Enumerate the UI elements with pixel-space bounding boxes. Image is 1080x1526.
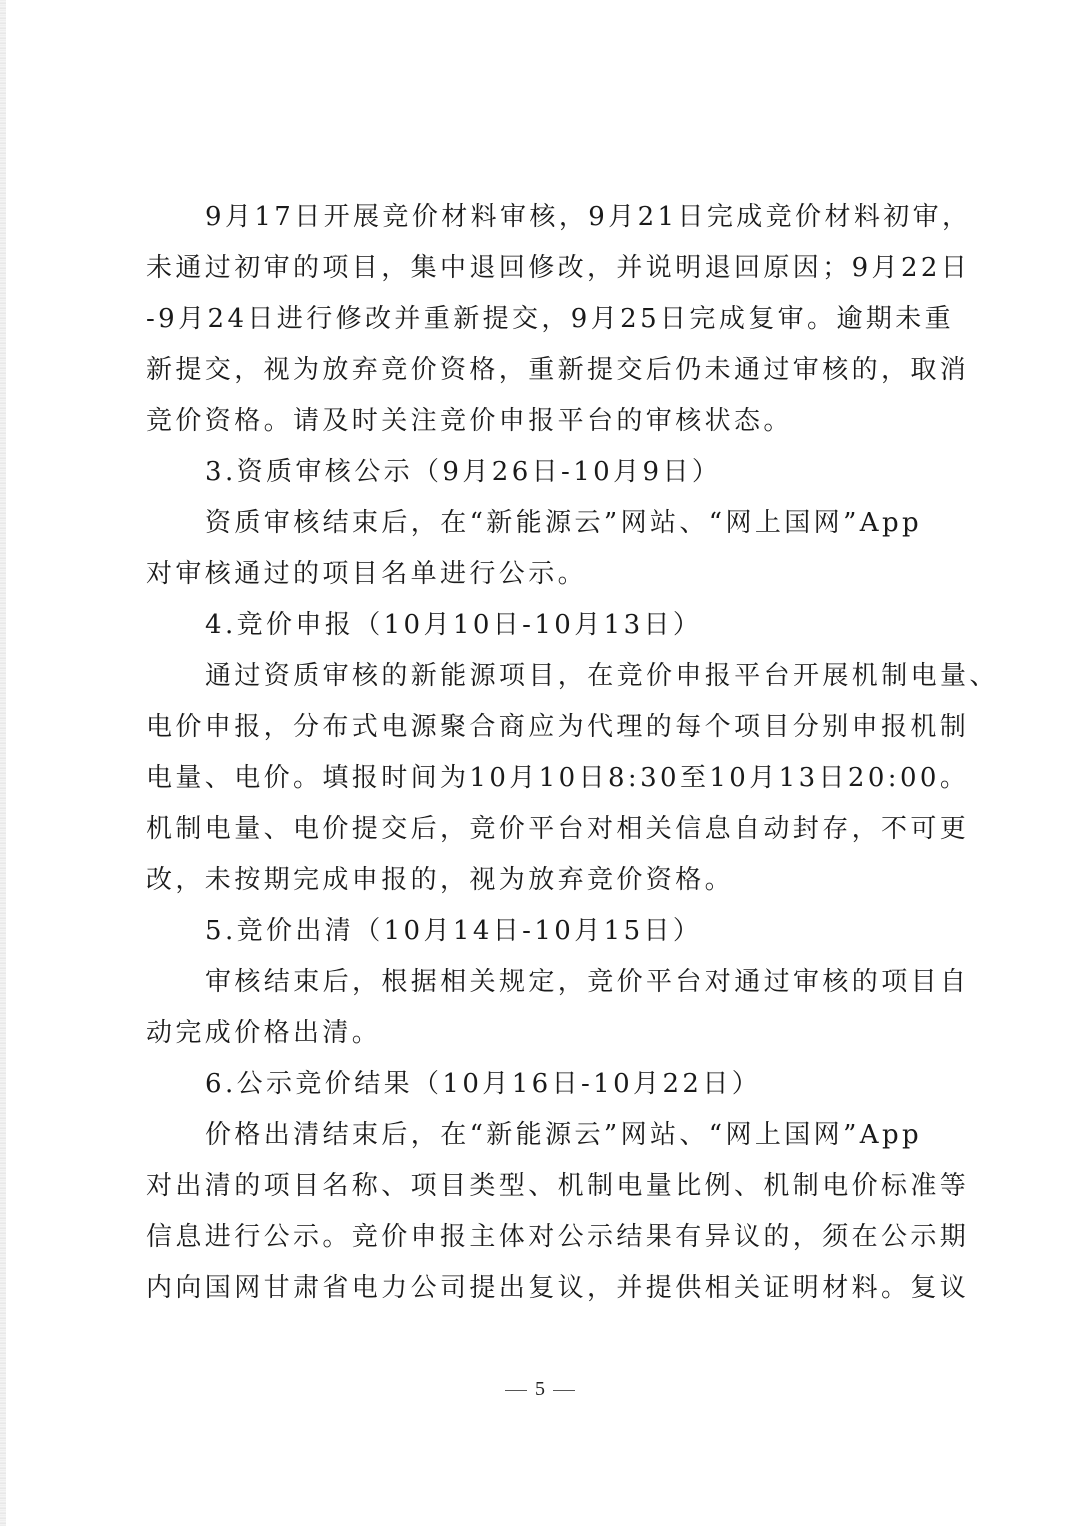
page-number-dash-right (553, 1390, 575, 1391)
section-heading-6: 6.公示竞价结果（10月16日-10月22日） (146, 1059, 946, 1110)
paragraph-line: 资质审核结束后，在“新能源云”网站、“网上国网”App (146, 498, 946, 549)
paragraph-line: 内向国网甘肃省电力公司提出复议，并提供相关证明材料。复议 (146, 1263, 946, 1314)
paragraph-line: 动完成价格出清。 (146, 1008, 946, 1059)
scan-edge-artifact (0, 0, 6, 1526)
paragraph-line: 电量、电价。填报时间为10月10日8:30至10月13日20:00。 (146, 753, 946, 804)
section-heading-5: 5.竞价出清（10月14日-10月15日） (146, 906, 946, 957)
page-number: 5 (0, 1378, 1080, 1401)
section-heading-3: 3.资质审核公示（9月26日-10月9日） (146, 447, 946, 498)
page-number-value: 5 (535, 1378, 545, 1400)
section-heading-4: 4.竞价申报（10月10日-10月13日） (146, 600, 946, 651)
paragraph-line: 对审核通过的项目名单进行公示。 (146, 549, 946, 600)
page-number-dash-left (505, 1390, 527, 1391)
paragraph-line: 价格出清结束后，在“新能源云”网站、“网上国网”App (146, 1110, 946, 1161)
paragraph-line: 竞价资格。请及时关注竞价申报平台的审核状态。 (146, 396, 946, 447)
paragraph-line: 审核结束后，根据相关规定，竞价平台对通过审核的项目自 (146, 957, 946, 1008)
paragraph-line: 新提交，视为放弃竞价资格，重新提交后仍未通过审核的，取消 (146, 345, 946, 396)
paragraph-line: 未通过初审的项目，集中退回修改，并说明退回原因；9月22日 (146, 243, 946, 294)
paragraph-line: 机制电量、电价提交后，竞价平台对相关信息自动封存，不可更 (146, 804, 946, 855)
paragraph-line: 对出清的项目名称、项目类型、机制电量比例、机制电价标准等 (146, 1161, 946, 1212)
paragraph-line: -9月24日进行修改并重新提交，9月25日完成复审。逾期未重 (146, 294, 946, 345)
document-body: 9月17日开展竞价材料审核，9月21日完成竞价材料初审， 未通过初审的项目，集中… (146, 192, 946, 1314)
paragraph-line: 信息进行公示。竞价申报主体对公示结果有异议的，须在公示期 (146, 1212, 946, 1263)
paragraph-line: 通过资质审核的新能源项目，在竞价申报平台开展机制电量、 (146, 651, 946, 702)
paragraph-line: 电价申报，分布式电源聚合商应为代理的每个项目分别申报机制 (146, 702, 946, 753)
paragraph-line: 改，未按期完成申报的，视为放弃竞价资格。 (146, 855, 946, 906)
paragraph-line: 9月17日开展竞价材料审核，9月21日完成竞价材料初审， (146, 192, 946, 243)
